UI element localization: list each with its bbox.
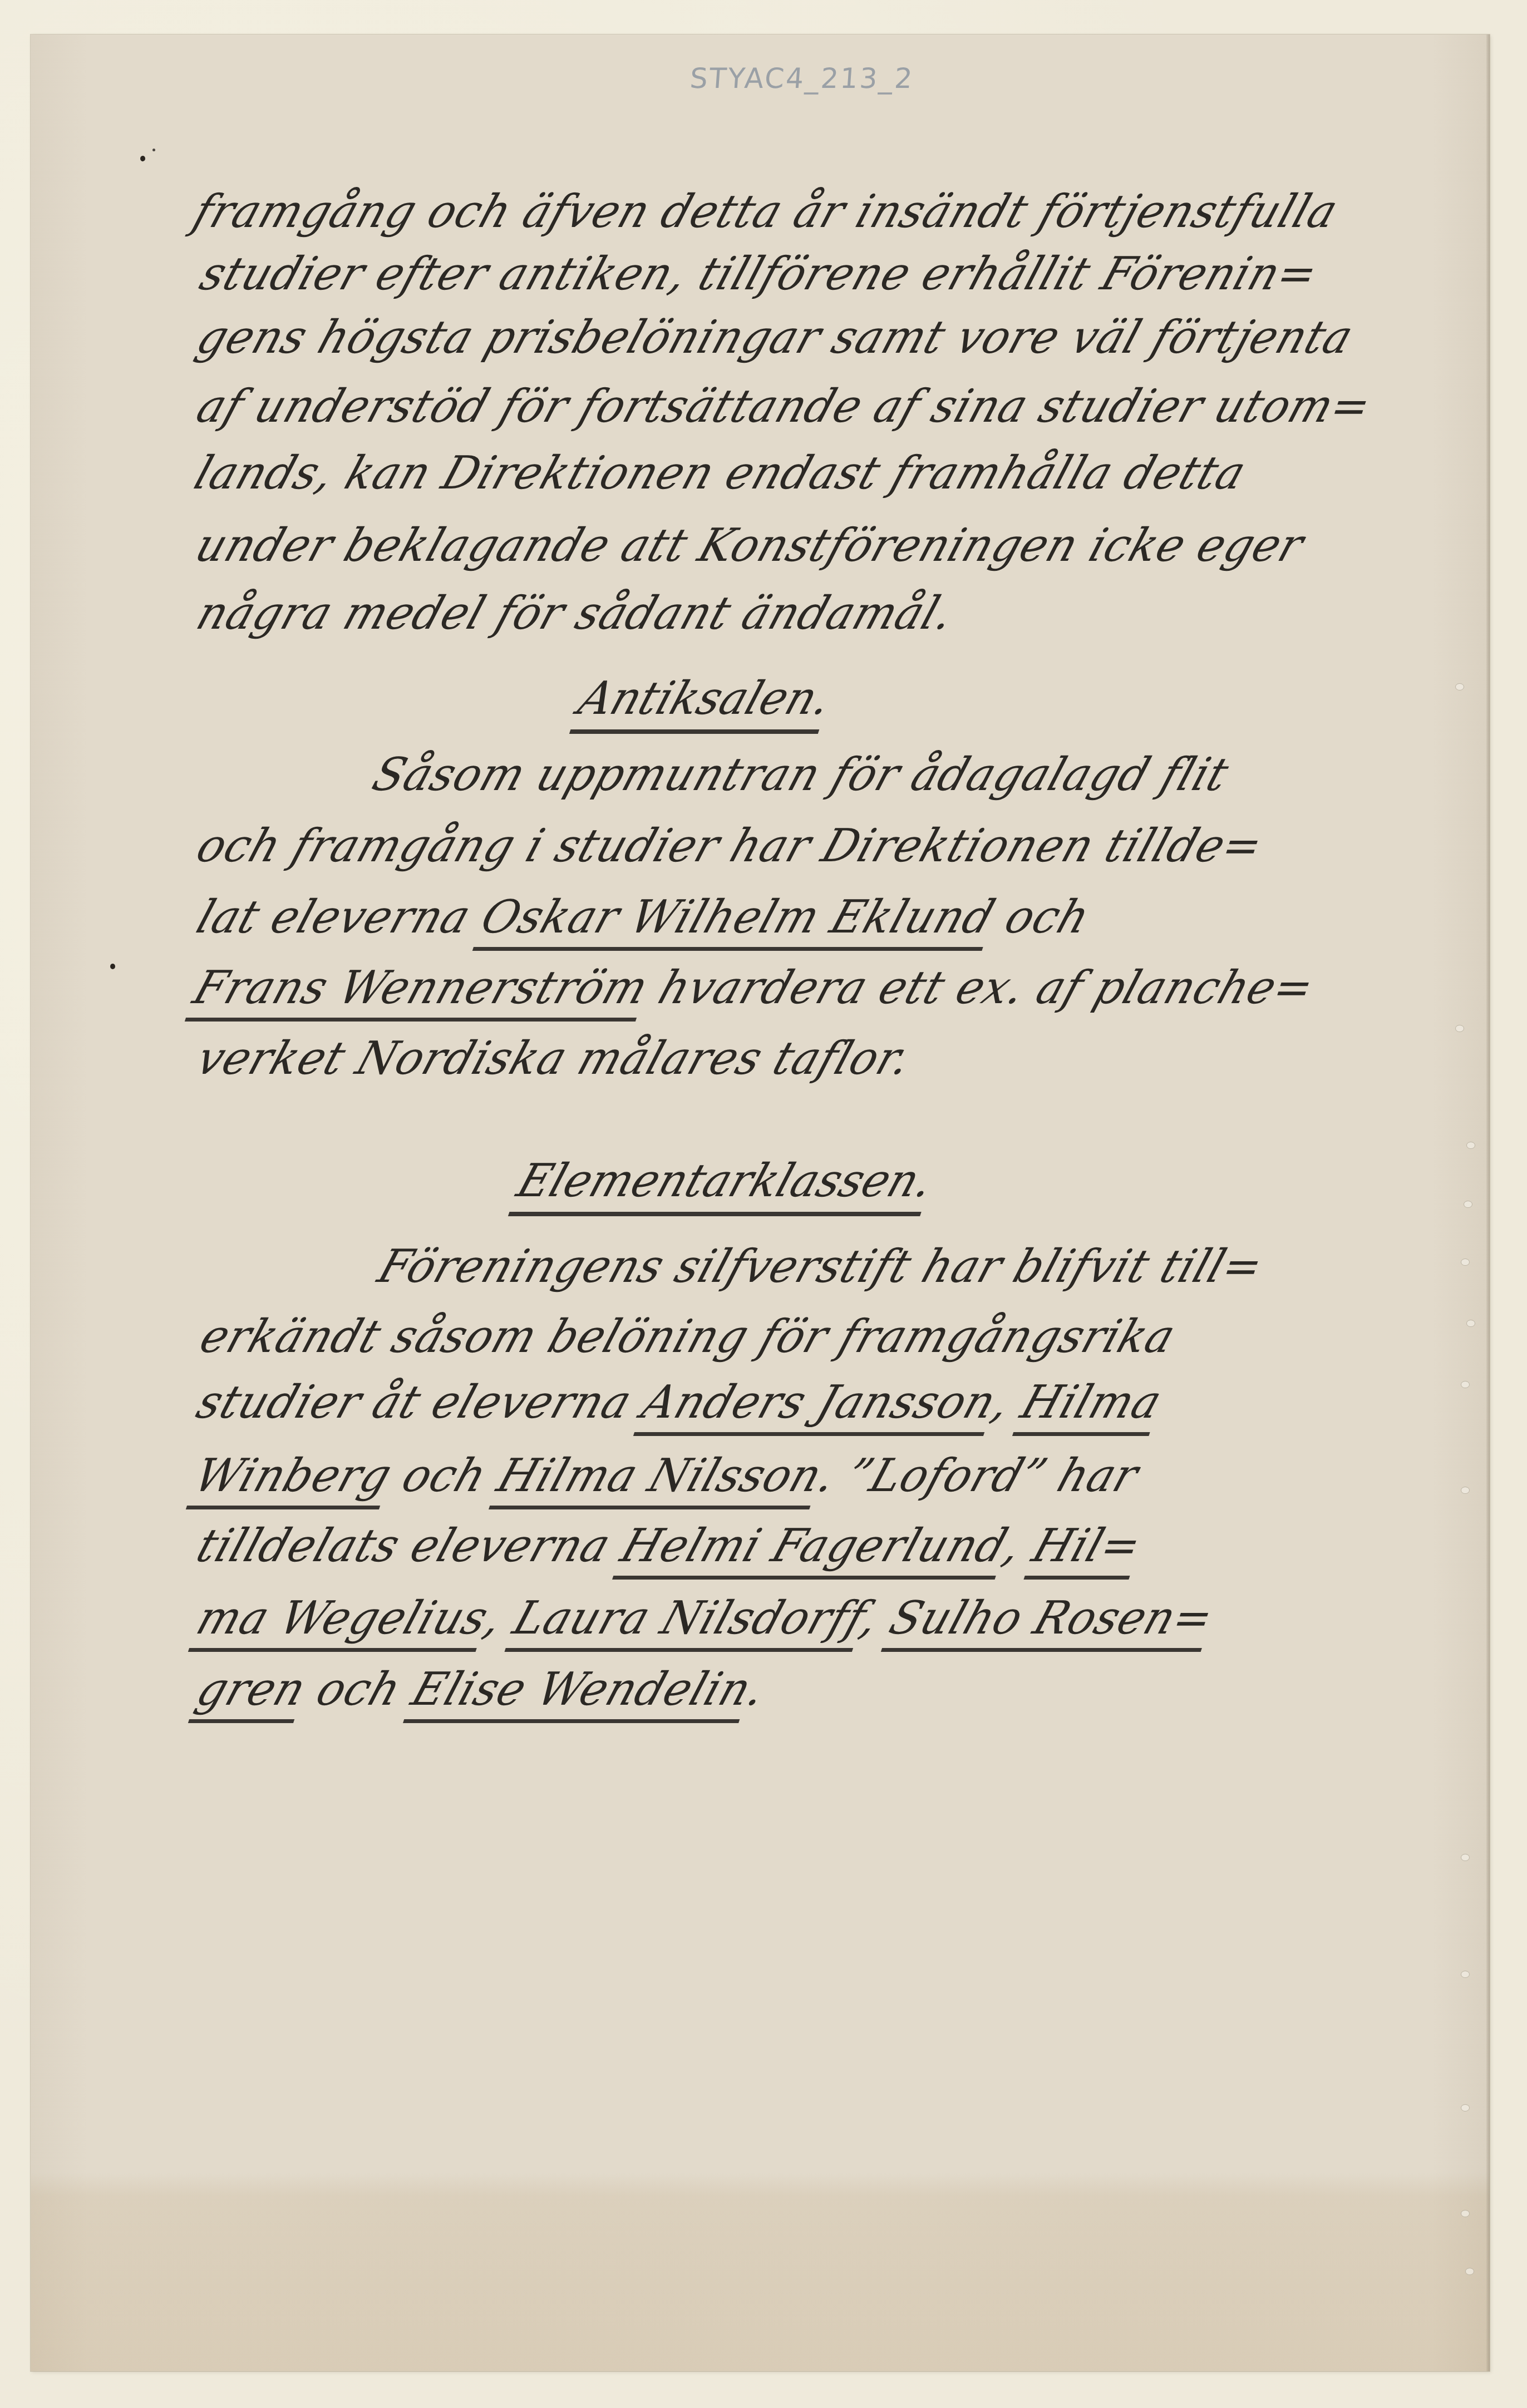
- student-name: Frans Wennerström: [187, 961, 655, 1014]
- text-line: några medel för sådant ändamål.: [191, 591, 959, 636]
- student-name: Hilma Nilsson: [491, 1449, 829, 1502]
- text-line: erkändt såsom belöning för framgångsrika: [195, 1314, 1181, 1360]
- page-edge: [1486, 34, 1490, 2371]
- pin-hole: [1461, 2104, 1470, 2111]
- text-line: gens högsta prisbelöningar samt vore väl…: [191, 315, 1358, 361]
- text-line: Såsom uppmuntran för ådagalagd flit: [367, 752, 1234, 798]
- pin-hole: [1461, 1381, 1470, 1388]
- pin-hole: [1465, 2268, 1474, 2275]
- text-line: Föreningens silfverstift har blifvit til…: [373, 1244, 1269, 1290]
- text-segment: under beklagande att Konstföreningen ick…: [189, 519, 1311, 572]
- text-segment: studier efter antiken, tillförene erhåll…: [194, 248, 1324, 300]
- text-segment: lat eleverna: [190, 891, 492, 944]
- pin-hole: [1461, 1487, 1470, 1494]
- text-line: studier åt eleverna Anders Jansson, Hilm…: [191, 1380, 1167, 1425]
- text-line: verket Nordiska målares taflor.: [191, 1036, 917, 1082]
- pin-hole: [1455, 1025, 1464, 1032]
- section-heading: Antiksalen.: [573, 676, 837, 722]
- text-segment: framgång och äfven detta år insändt fört…: [187, 185, 1344, 238]
- text-segment: studier åt eleverna: [190, 1376, 653, 1429]
- heading-text: Antiksalen.: [572, 672, 838, 725]
- text-segment: hvardera ett ex. af planche=: [638, 961, 1321, 1014]
- text-segment: Såsom uppmuntran för ådagalagd flit: [366, 748, 1235, 801]
- pin-hole: [1464, 1201, 1472, 1208]
- pin-hole: [1466, 1320, 1475, 1327]
- text-line: under beklagande att Konstföreningen ick…: [190, 523, 1309, 569]
- text-segment: och framgång i studier har Direktionen t…: [190, 820, 1270, 872]
- ink-speck: [152, 149, 155, 151]
- pin-hole: [1455, 683, 1464, 690]
- student-name: Hilma: [1014, 1376, 1168, 1429]
- pin-hole: [1461, 1971, 1470, 1978]
- text-segment: verket Nordiska målares taflor.: [190, 1032, 918, 1085]
- student-name: Sulho Rosen=: [883, 1592, 1220, 1645]
- text-segment: och: [984, 891, 1097, 944]
- text-line: af understöd för fortsättande af sina st…: [191, 384, 1377, 430]
- text-segment: . ”Loford” har: [811, 1449, 1145, 1502]
- text-line: studier efter antiken, tillförene erhåll…: [195, 251, 1323, 297]
- text-line: framgång och äfven detta år insändt fört…: [188, 189, 1343, 235]
- pin-hole: [1461, 1259, 1470, 1266]
- student-name: Elise Wendelin: [405, 1663, 758, 1716]
- student-name: ma Wegelius: [190, 1592, 495, 1645]
- pin-hole: [1461, 2210, 1470, 2217]
- pin-hole: [1461, 1854, 1470, 1861]
- text-line: tilldelats eleverna Helmi Fagerlund, Hil…: [191, 1523, 1147, 1569]
- text-segment: och: [295, 1663, 422, 1716]
- student-name: Helmi Fagerlund: [614, 1519, 1014, 1572]
- text-segment: några medel för sådant ändamål.: [190, 587, 961, 640]
- ink-speck: [110, 964, 115, 969]
- student-name: Hil=: [1026, 1519, 1149, 1572]
- text-line: lat eleverna Oskar Wilhelm Eklund och: [191, 895, 1095, 940]
- text-segment: erkändt såsom belöning för framgångsrika: [194, 1310, 1182, 1363]
- text-line: Winberg och Hilma Nilsson. ”Loford” har: [189, 1453, 1144, 1499]
- text-segment: lands, kan Direktionen endast framhålla …: [188, 447, 1253, 500]
- pin-hole: [1466, 1142, 1475, 1149]
- student-name: Winberg: [188, 1449, 398, 1502]
- heading-text: Elementarklassen.: [511, 1154, 940, 1207]
- ink-speck: [140, 156, 145, 161]
- text-segment: Föreningens silfverstift har blifvit til…: [372, 1240, 1270, 1293]
- student-name: Laura Nilsdorff: [507, 1592, 871, 1645]
- text-line: gren och Elise Wendelin.: [191, 1667, 771, 1713]
- catalog-number: STYAC4_213_2: [689, 62, 915, 95]
- student-name: Oskar Wilhelm Eklund: [475, 891, 1001, 944]
- text-segment: gens högsta prisbelöningar samt vore väl…: [190, 311, 1360, 364]
- text-line: ma Wegelius, Laura Nilsdorff, Sulho Rose…: [191, 1596, 1219, 1641]
- text-segment: af understöd för fortsättande af sina st…: [190, 380, 1378, 433]
- text-line: lands, kan Direktionen endast framhålla …: [189, 451, 1251, 496]
- student-name: Anders Jansson: [636, 1376, 1003, 1429]
- section-heading: Elementarklassen.: [512, 1158, 939, 1204]
- text-segment: och: [381, 1449, 508, 1502]
- student-name: gren: [190, 1663, 313, 1716]
- text-line: Frans Wennerström hvardera ett ex. af pl…: [188, 965, 1319, 1011]
- text-line: och framgång i studier har Direktionen t…: [191, 823, 1268, 869]
- text-segment: tilldelats eleverna: [190, 1519, 632, 1572]
